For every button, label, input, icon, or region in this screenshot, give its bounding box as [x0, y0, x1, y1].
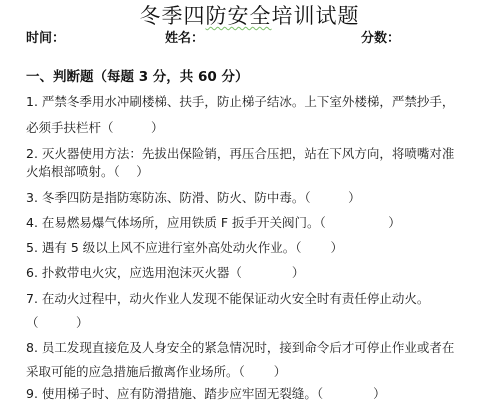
exam-title: 冬季四防安全培训试题 — [0, 3, 499, 29]
question-1-line-2: 必须手扶栏杆（ ） — [26, 119, 164, 137]
question-8-line-2: 采取可能的应急措施后撤离作业场所。（ ） — [26, 363, 286, 381]
question-4: 4. 在易燃易爆气体场所，应用铁质 F 扳手开关阀门。（ ） — [26, 214, 401, 232]
title-part: 冬季四 — [140, 4, 206, 28]
name-label: 姓名： — [165, 30, 204, 48]
section-heading-true-false: 一、判断题（每题 3 分，共 60 分） — [26, 68, 248, 86]
question-9: 9. 使用梯子时、应有防滑措施、踏步应牢固无裂缝。（ ） — [26, 385, 386, 403]
question-5: 5. 遇有 5 级以上风不应进行室外高处动火作业。（ ） — [26, 239, 343, 257]
question-6: 6. 扑救带电火灾，应选用泡沫灭火器（ ） — [26, 264, 304, 282]
time-label: 时间： — [26, 30, 65, 48]
question-2-line-1: 2. 灭火器使用方法：先拔出保险销，再压合压把，站在下风方向，将喷嘴对准 — [26, 145, 454, 163]
question-1-line-1: 1. 严禁冬季用水冲刷楼梯、扶手，防止梯子结冰。上下室外楼梯，严禁抄手， — [26, 93, 454, 111]
question-3: 3. 冬季四防是指防寒防冻、防滑、防火、防中毒。（ ） — [26, 189, 361, 207]
question-7-line-1: 7. 在动火过程中，动火作业人发现不能保证动火安全时有责任停止动火。 — [26, 290, 429, 308]
question-8-line-1: 8. 员工发现直接危及人身安全的紧急情况时，接到命令后才可停止作业或者在 — [26, 339, 454, 357]
score-label: 分数： — [361, 30, 400, 48]
spellcheck-underlined-text: 防安全 — [206, 4, 272, 28]
title-part: 培训试题 — [272, 4, 360, 28]
question-7-line-2: （ ） — [26, 314, 89, 332]
question-2-line-2: 火焰根部喷射。（ ） — [26, 163, 149, 181]
